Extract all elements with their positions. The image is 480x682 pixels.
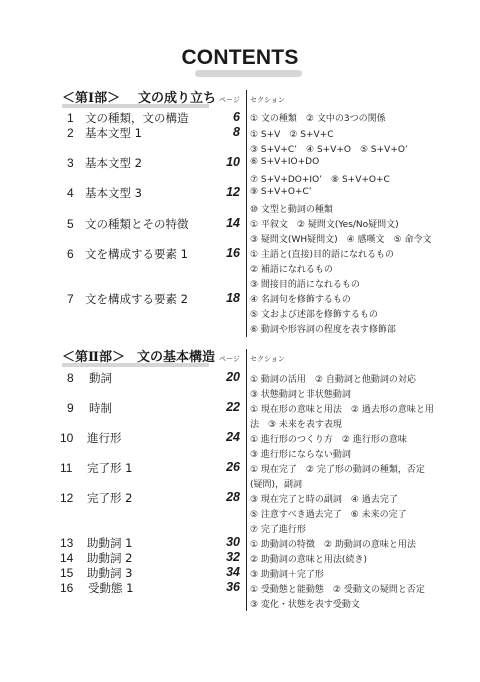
chapter-12[interactable]: 12完了形 2 [60, 490, 235, 506]
chapter-16-page: 36 [226, 580, 240, 594]
column-divider [246, 90, 247, 337]
section-line: ① 受動態と能動態 ② 受動文の疑問と否定 [250, 582, 425, 595]
column-divider-2 [246, 349, 247, 611]
chapter-number: 7 [67, 292, 85, 306]
section-line: ① 動詞の活用 ② 自動詞と他動詞の対応 [250, 372, 416, 385]
chapter-title: 完了形 2 [87, 491, 132, 505]
section-line: ③ 状態動詞と非状態動詞 [250, 387, 351, 400]
chapter-2[interactable]: 2基本文型 1 [67, 125, 242, 141]
section-line: ③ 進行形にならない動詞 [250, 447, 351, 460]
chapter-number: 1 [67, 111, 85, 125]
section-line: ③ 疑問文(WH疑問文) ④ 感嘆文 ⑤ 命令文 [250, 232, 431, 245]
chapter-5[interactable]: 5文の種類とその特徴 [67, 216, 242, 232]
chapter-6-page: 16 [226, 246, 240, 260]
chapter-6[interactable]: 6文を構成する要素 1 [67, 246, 242, 262]
section-line: ⑤ 文および述部を修飾するもの [250, 307, 378, 320]
chapter-11[interactable]: 11完了形 1 [60, 460, 235, 476]
chapter-title: 時制 [89, 401, 112, 415]
chapter-title: 受動態 1 [88, 581, 133, 595]
chapter-number: 16 [60, 581, 88, 595]
section-line: (疑問)，副詞 [250, 477, 302, 490]
chapter-title: 文の種類，文の構造 [85, 111, 189, 125]
chapter-3-page: 10 [226, 155, 240, 169]
section-line: ⑥ S+V+IO+DO [250, 157, 319, 167]
chapter-title: 基本文型 3 [85, 186, 142, 200]
chapter-title: 完了形 1 [87, 461, 132, 475]
chapter-number: 12 [60, 491, 87, 505]
chapter-number: 5 [67, 217, 85, 231]
section-line: ⑦ S+V+DO+IO’ ⑧ S+V+O+C [250, 172, 390, 185]
chapter-13-page: 30 [226, 535, 240, 549]
chapter-number: 4 [67, 186, 85, 200]
section-line: 法 ③ 未来を表す表現 [250, 417, 342, 430]
chapter-title: 助動詞 2 [87, 551, 132, 565]
page-column-header-2: ページ [219, 354, 240, 364]
section-line: ① 平叙文 ② 疑問文(Yes/No疑問文) [250, 217, 399, 230]
chapter-5-page: 14 [226, 216, 240, 230]
chapter-1-page: 6 [233, 110, 240, 124]
chapter-number: 2 [67, 126, 85, 140]
section-line: ⑩ 文型と動詞の種類 [250, 202, 333, 215]
chapter-11-page: 26 [226, 460, 240, 474]
section-line: ① 主語と(直接)目的語になれるもの [250, 247, 394, 260]
chapter-title: 助動詞 3 [87, 566, 132, 580]
chapter-14-page: 32 [226, 550, 240, 564]
page-column-header: ページ [219, 95, 240, 105]
section-line: ② 補語になれるもの [250, 262, 333, 275]
section-line: ③ S+V+C’ ④ S+V+O ⑤ S+V+O’ [250, 142, 408, 155]
chapter-14[interactable]: 14助動詞 2 [60, 550, 235, 566]
chapter-number: 11 [60, 461, 87, 475]
section-line: ③ 間接目的語になれるもの [250, 277, 360, 290]
section-column-header-2: セクション [250, 354, 285, 364]
chapter-number: 10 [60, 431, 87, 445]
part-2-underline [62, 363, 209, 367]
chapter-number: 3 [67, 156, 85, 170]
section-line: ⑦ 完了進行形 [250, 522, 306, 535]
section-line: ① 現在形の意味と用法 ② 過去形の意味と用 [250, 402, 434, 415]
section-line: ③ 助動詞＋完了形 [250, 567, 324, 580]
chapter-10[interactable]: 10進行形 [60, 430, 235, 446]
section-line: ① 文の種類 ② 文中の3つの関係 [250, 111, 386, 124]
section-line: ① S+V ② S+V+C [250, 127, 334, 140]
chapter-number: 15 [60, 566, 87, 580]
chapter-title: 基本文型 1 [85, 126, 142, 140]
chapter-4[interactable]: 4基本文型 3 [67, 185, 242, 201]
page-title: CONTENTS [0, 46, 480, 70]
chapter-16[interactable]: 16受動態 1 [60, 580, 235, 596]
chapter-title: 動詞 [89, 371, 112, 385]
section-line: ⑤ 注意すべき過去完了 ⑥ 未来の完了 [250, 507, 407, 520]
section-line: ② 助動詞の意味と用法(続き) [250, 552, 367, 565]
section-line: ① 助動詞の特徴 ② 助動詞の意味と用法 [250, 537, 416, 550]
title-underline [195, 70, 302, 77]
chapter-1[interactable]: 1文の種類，文の構造 [67, 110, 242, 126]
part-1-underline [62, 104, 209, 108]
section-line: ③ 変化・状態を表す受動文 [250, 597, 360, 610]
chapter-8[interactable]: 8動詞 [67, 370, 242, 386]
chapter-12-page: 28 [226, 490, 240, 504]
chapter-title: 進行形 [87, 431, 122, 445]
chapter-number: 9 [67, 401, 89, 415]
section-line: ⑥ 動詞や形容詞の程度を表す修飾部 [250, 322, 396, 335]
chapter-number: 13 [60, 536, 87, 550]
chapter-4-page: 12 [226, 185, 240, 199]
chapter-3[interactable]: 3基本文型 2 [67, 155, 242, 171]
chapter-7-page: 18 [226, 291, 240, 305]
section-line: ① 進行形のつくり方 ② 進行形の意味 [250, 432, 407, 445]
chapter-number: 8 [67, 371, 89, 385]
chapter-15-page: 34 [226, 565, 240, 579]
section-line: ⑨ S+V+O+C’ [250, 187, 312, 197]
section-column-header: セクション [250, 95, 285, 105]
chapter-8-page: 20 [226, 370, 240, 384]
chapter-title: 文を構成する要素 2 [85, 292, 188, 306]
chapter-9[interactable]: 9時制 [67, 400, 242, 416]
chapter-number: 6 [67, 247, 85, 261]
chapter-title: 基本文型 2 [85, 156, 142, 170]
chapter-title: 文の種類とその特徴 [85, 217, 189, 231]
section-line: ③ 現在完了と時の副詞 ④ 過去完了 [250, 492, 398, 505]
section-line: ① 現在完了 ② 完了形の動詞の種類，否定 [250, 462, 425, 475]
chapter-13[interactable]: 13助動詞 1 [60, 535, 235, 551]
chapter-10-page: 24 [226, 430, 240, 444]
chapter-7[interactable]: 7文を構成する要素 2 [67, 291, 242, 307]
chapter-2-page: 8 [233, 125, 240, 139]
chapter-title: 助動詞 1 [87, 536, 132, 550]
chapter-number: 14 [60, 551, 87, 565]
chapter-9-page: 22 [226, 400, 240, 414]
section-line: ④ 名詞句を修飾するもの [250, 292, 351, 305]
chapter-title: 文を構成する要素 1 [85, 247, 188, 261]
chapter-15[interactable]: 15助動詞 3 [60, 565, 235, 581]
